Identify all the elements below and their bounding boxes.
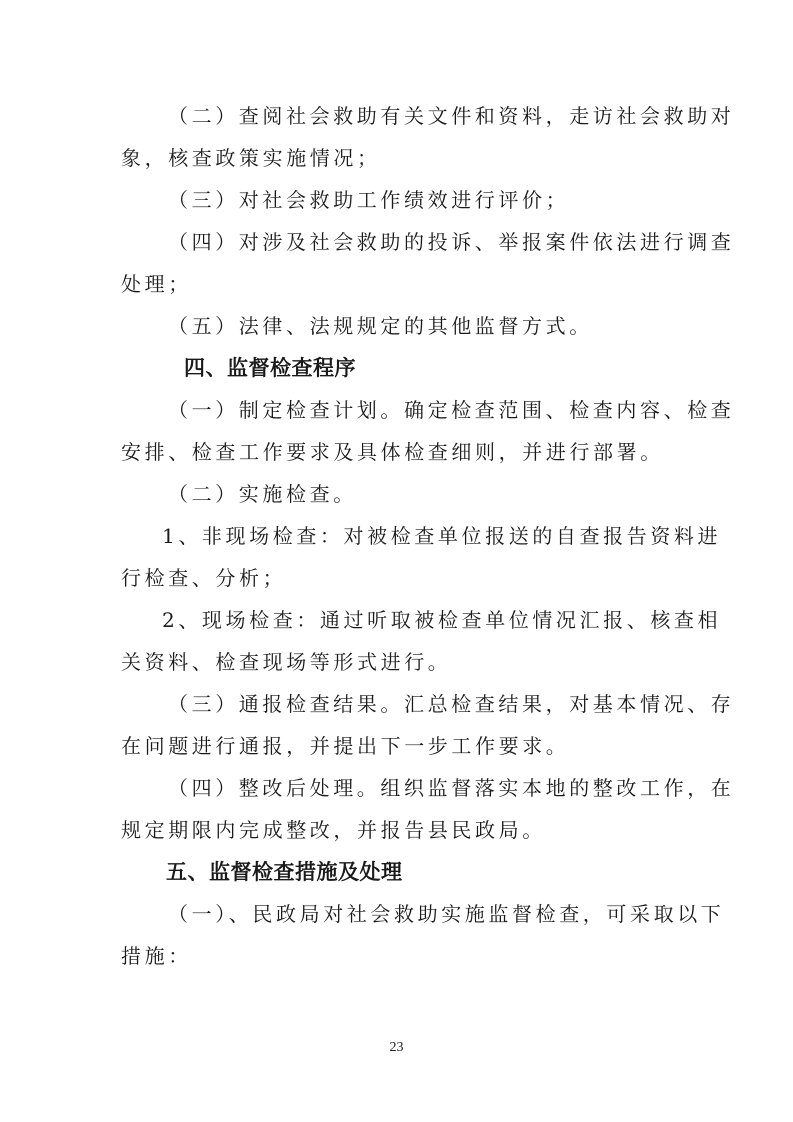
paragraph-line: 处理；: [121, 272, 192, 296]
paragraph-line: （四）整改后处理。组织监督落实本地的整改工作，在: [168, 776, 734, 800]
paragraph-line: （一）、民政局对社会救助实施监督检查，可采取以下: [168, 902, 724, 926]
paragraph-line: （二）查阅社会救助有关文件和资料，走访社会救助对: [168, 104, 734, 128]
paragraph-line: （三）通报检查结果。汇总检查结果，对基本情况、存: [168, 692, 734, 716]
document-page: （二）查阅社会救助有关文件和资料，走访社会救助对 象，核查政策实施情况； （三）…: [0, 0, 793, 1122]
paragraph-line: （一）制定检查计划。确定检查范围、检查内容、检查: [168, 398, 734, 422]
paragraph-line: 措施：: [121, 944, 192, 968]
section-heading: 四、监督检查程序: [184, 356, 356, 380]
page-number: 23: [0, 1040, 793, 1056]
paragraph-line: 行检查、分析；: [121, 566, 286, 590]
paragraph-line: 安排、检查工作要求及具体检查细则，并进行部署。: [121, 440, 664, 464]
paragraph-line: （三）对社会救助工作绩效进行评价；: [168, 188, 569, 212]
paragraph-line: （五）法律、法规规定的其他监督方式。: [168, 314, 593, 338]
paragraph-line: 在问题进行通报，并提出下一步工作要求。: [121, 734, 569, 758]
paragraph-line: 象，核查政策实施情况；: [121, 146, 381, 170]
paragraph-line: （二）实施检查。: [168, 482, 357, 506]
section-heading: 五、监督检查措施及处理: [166, 860, 403, 884]
paragraph-line: （四）对涉及社会救助的投诉、举报案件依法进行调查: [168, 230, 734, 254]
paragraph-line: 1、非现场检查：对被检查单位报送的自查报告资料进: [162, 524, 721, 548]
paragraph-line: 2、现场检查：通过听取被检查单位情况汇报、核查相: [162, 608, 721, 632]
paragraph-line: 关资料、检查现场等形式进行。: [121, 650, 451, 674]
paragraph-line: 规定期限内完成整改，并报告县民政局。: [121, 818, 546, 842]
